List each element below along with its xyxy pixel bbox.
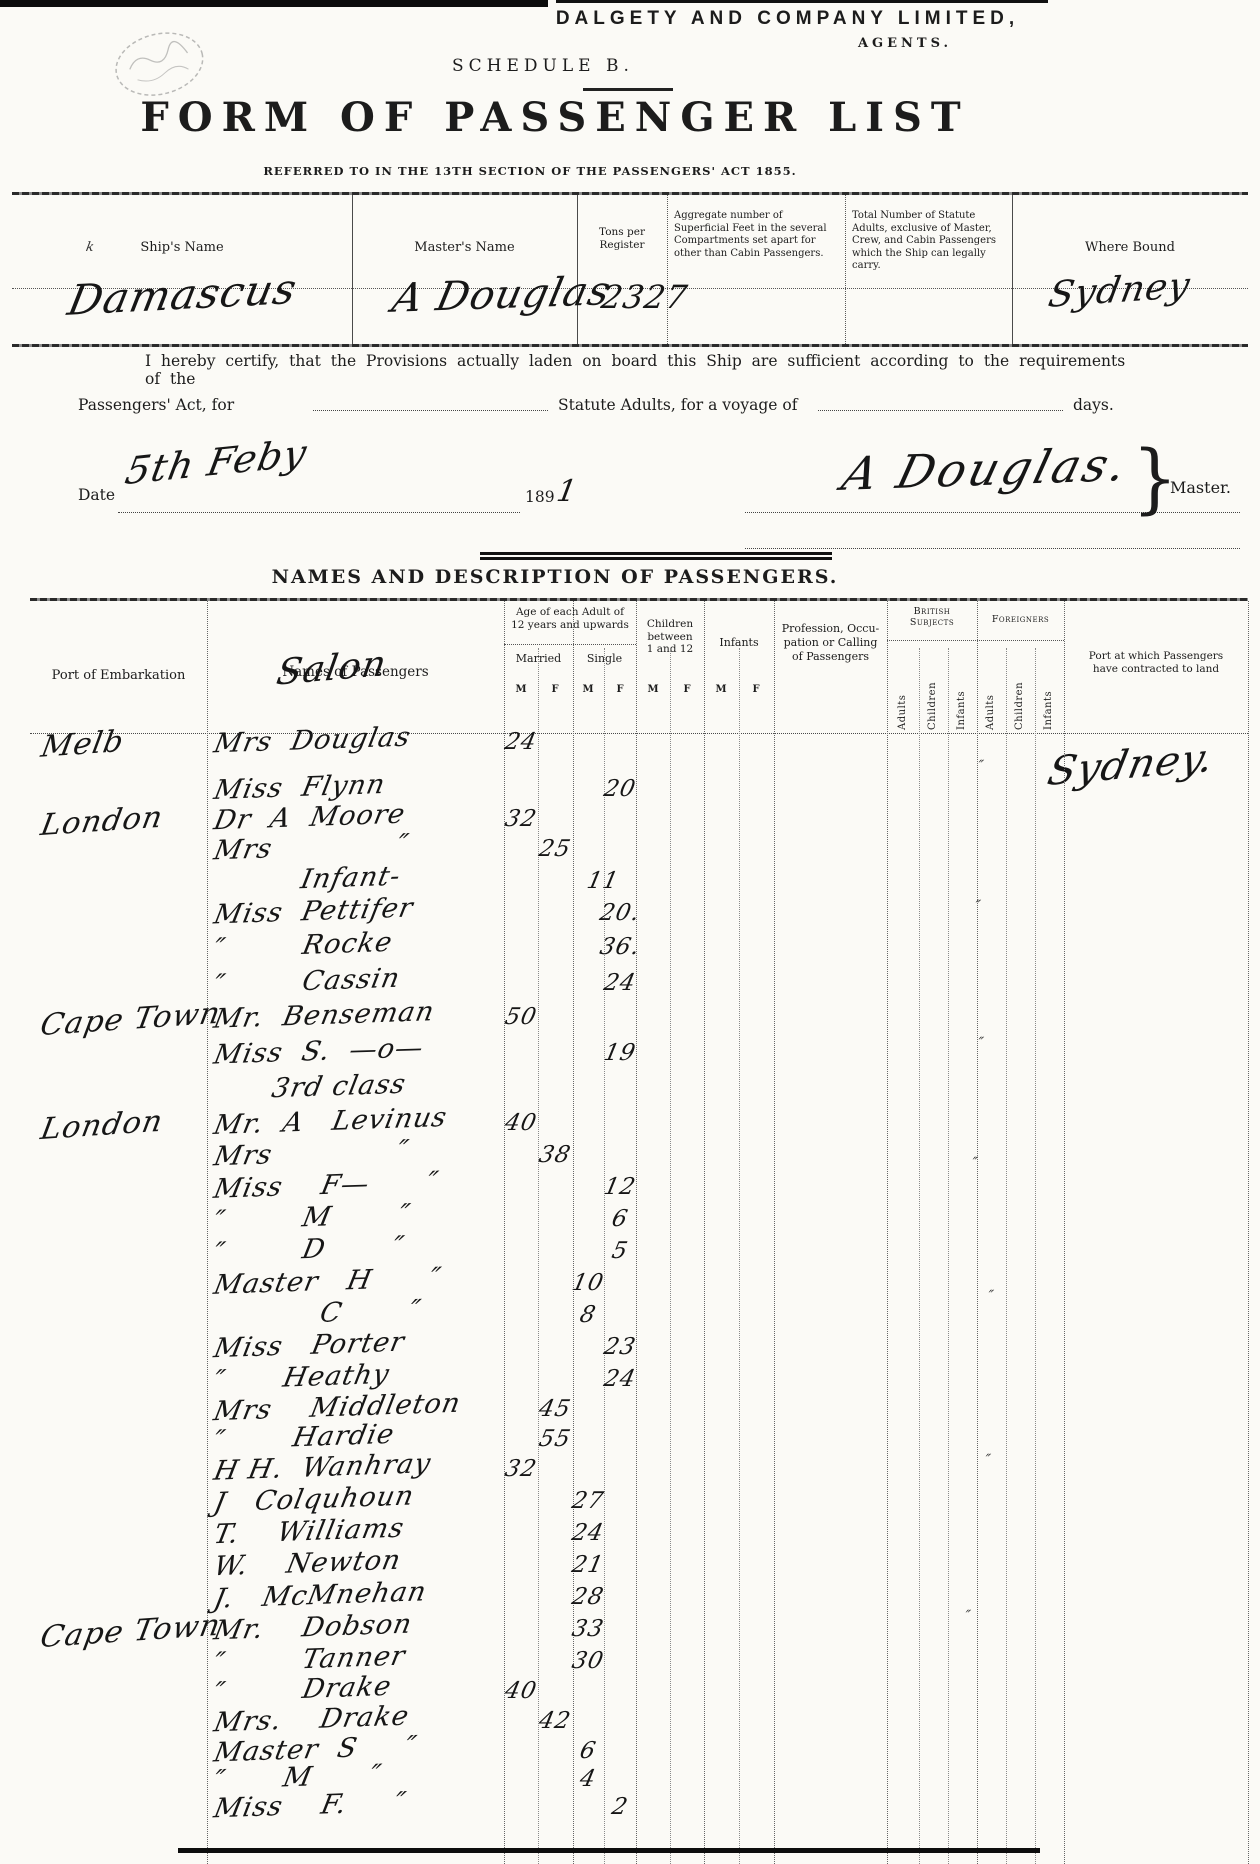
table-vline-sub-7 (1035, 648, 1036, 1864)
hw-age-value-row-4: 11 (585, 868, 622, 894)
hw-land-sydney: Sydney. (1044, 735, 1219, 795)
vertical-sublabel-british-children: Children (927, 650, 938, 730)
land-line1: Port at which Passengers (1089, 650, 1223, 662)
mf-header-2: M (580, 684, 596, 695)
hw-age-value-row-0: 24 (503, 729, 540, 755)
hw-age-value-row-14: 6 (609, 1206, 630, 1232)
table-vline-main-1 (504, 601, 505, 1864)
table-vline-main-7 (977, 601, 978, 1864)
foreigners-header: Foreigners (977, 614, 1064, 625)
table-vline-main-3 (636, 601, 637, 1864)
table-vline-sub-4 (919, 648, 920, 1864)
table-vline-sub-6 (1006, 648, 1007, 1864)
hw-port-row-27: Cape Town (38, 1608, 224, 1655)
hw-passenger-name-row-8: Mr. Benseman (211, 996, 437, 1035)
hw-passenger-name-row-5: Miss Pettifer (211, 893, 416, 931)
profession-line2: pation or Calling (784, 636, 878, 649)
hw-age-value-row-31: 6 (577, 1738, 598, 1764)
hw-passenger-name-row-4: Infant- (211, 861, 403, 898)
passenger-table-top-border (30, 598, 1248, 601)
hw-age-value-row-8: 50 (503, 1004, 540, 1030)
hw-age-value-row-12: 38 (537, 1142, 574, 1168)
hw-age-value-row-18: 23 (602, 1334, 639, 1360)
hw-age-value-row-17: 8 (577, 1302, 598, 1328)
hw-port-row-11: London (38, 1104, 166, 1147)
hw-passenger-name-row-9: Miss S. —o— (211, 1032, 426, 1070)
children-line1: Children (647, 618, 693, 630)
stray-tick-4: ″ (987, 1288, 996, 1304)
hw-passenger-name-row-15: ″ D ″ (211, 1231, 407, 1269)
table-vline-main-6 (887, 601, 888, 1864)
stray-tick-6: ″ (964, 1608, 973, 1624)
table-vline-main-8 (1064, 601, 1065, 1864)
hw-port-row-2: London (38, 800, 166, 843)
hw-age-value-row-27: 33 (570, 1616, 607, 1642)
mf-header-7: F (748, 684, 764, 695)
table-vline-main-4 (704, 601, 705, 1864)
hw-passenger-name-row-33: Miss F. ″ (211, 1787, 409, 1825)
hw-passenger-name-row-11: Mr. A Levinus (211, 1102, 450, 1141)
vertical-sublabel-british-adults: Adults (897, 650, 908, 730)
table-vline-main-9 (1248, 601, 1249, 1864)
table-vline-main-2 (573, 601, 574, 1864)
mf-header-4: M (645, 684, 661, 695)
hw-age-value-row-25: 21 (570, 1552, 607, 1578)
hw-age-value-row-22: 32 (503, 1456, 540, 1482)
hw-age-value-row-11: 40 (503, 1110, 540, 1136)
hw-passenger-name-row-0: Mrs Douglas (211, 722, 413, 760)
hw-age-value-row-20: 45 (537, 1396, 574, 1422)
hw-age-value-row-24: 24 (570, 1520, 607, 1546)
hw-passenger-name-row-25: W. Newton (211, 1545, 404, 1582)
port-col-header: Port of Embarkation (30, 668, 207, 683)
stray-tick-1: ″ (974, 898, 983, 914)
scanned-passenger-list-page: DALGETY AND COMPANY LIMITED, AGENTS. SCH… (0, 0, 1260, 1864)
hw-age-value-row-26: 28 (570, 1584, 607, 1610)
profession-col-header: Profession, Occu- pation or Calling of P… (774, 622, 887, 664)
age-col-header: Age of each Adult of 12 years and upward… (508, 606, 632, 631)
passenger-table: Port of Embarkation Names of Passengers … (0, 0, 1260, 1864)
hw-class-note: Salon (274, 643, 390, 693)
hw-age-value-row-30: 42 (537, 1708, 574, 1734)
table-vline-sub-1 (604, 648, 605, 1864)
hw-age-value-row-29: 40 (503, 1678, 540, 1704)
british-subjects-header: British Subjects (887, 606, 977, 628)
stray-tick-5: ″ (984, 1452, 993, 1468)
profession-line3: of Passengers (792, 650, 869, 663)
hw-age-value-row-13: 12 (602, 1174, 639, 1200)
passenger-table-header-bottom (30, 733, 1248, 734)
land-line2: have contracted to land (1093, 663, 1219, 675)
mf-header-3: F (612, 684, 628, 695)
hw-passenger-name-row-10: 3rd class (211, 1069, 409, 1107)
age-header-underline (504, 644, 636, 645)
hw-passenger-name-row-6: ″ Rocke (211, 927, 395, 964)
table-vline-sub-2 (670, 648, 671, 1864)
land-col-header: Port at which Passengers have contracted… (1064, 650, 1248, 675)
scan-bottom-line (178, 1848, 1040, 1853)
hw-age-value-row-5: 20. (597, 900, 642, 926)
hw-age-value-row-32: 4 (577, 1766, 598, 1792)
table-vline-main-0 (207, 601, 208, 1864)
hw-age-value-row-23: 27 (570, 1488, 607, 1514)
vertical-sublabel-foreign-children: Children (1014, 650, 1025, 730)
hw-port-row-0: Melb (38, 724, 127, 765)
vertical-sublabel-british-infants: Infants (956, 650, 967, 730)
brit-for-underline (887, 640, 1064, 641)
hw-port-row-8: Cape Town (38, 996, 224, 1043)
children-line2: between (647, 631, 692, 643)
table-vline-sub-3 (739, 648, 740, 1864)
hw-age-value-row-19: 24 (602, 1366, 639, 1392)
stray-tick-2: ″ (977, 1035, 986, 1051)
profession-line1: Profession, Occu- (782, 622, 880, 635)
vertical-sublabel-foreign-adults: Adults (985, 650, 996, 730)
hw-passenger-name-row-12: Mrs ″ (211, 1135, 412, 1173)
hw-age-value-row-21: 55 (537, 1426, 574, 1452)
stray-tick-0: ″ (977, 758, 986, 774)
mf-header-0: M (513, 684, 529, 695)
hw-age-value-row-6: 36. (597, 934, 642, 960)
hw-age-value-row-16: 10 (570, 1270, 607, 1296)
vertical-sublabel-foreign-infants: Infants (1043, 650, 1054, 730)
british-line2: Subjects (910, 617, 954, 628)
stray-tick-3: ″ (971, 1155, 980, 1171)
hw-age-value-row-2: 32 (503, 806, 540, 832)
hw-age-value-row-1: 20 (602, 776, 639, 802)
british-line1: British (914, 606, 951, 617)
hw-age-value-row-28: 30 (570, 1648, 607, 1674)
hw-age-value-row-7: 24 (602, 970, 639, 996)
hw-passenger-name-row-7: ″ Cassin (211, 963, 403, 1000)
hw-age-value-row-15: 5 (609, 1238, 630, 1264)
table-vline-sub-5 (948, 648, 949, 1864)
mf-header-1: F (547, 684, 563, 695)
hw-age-value-row-33: 2 (609, 1794, 630, 1820)
hw-age-value-row-9: 19 (602, 1040, 639, 1066)
table-vline-main-5 (774, 601, 775, 1864)
hw-passenger-name-row-24: T. Williams (211, 1513, 407, 1551)
hw-age-value-row-3: 25 (537, 836, 574, 862)
mf-header-6: M (713, 684, 729, 695)
mf-header-5: F (679, 684, 695, 695)
